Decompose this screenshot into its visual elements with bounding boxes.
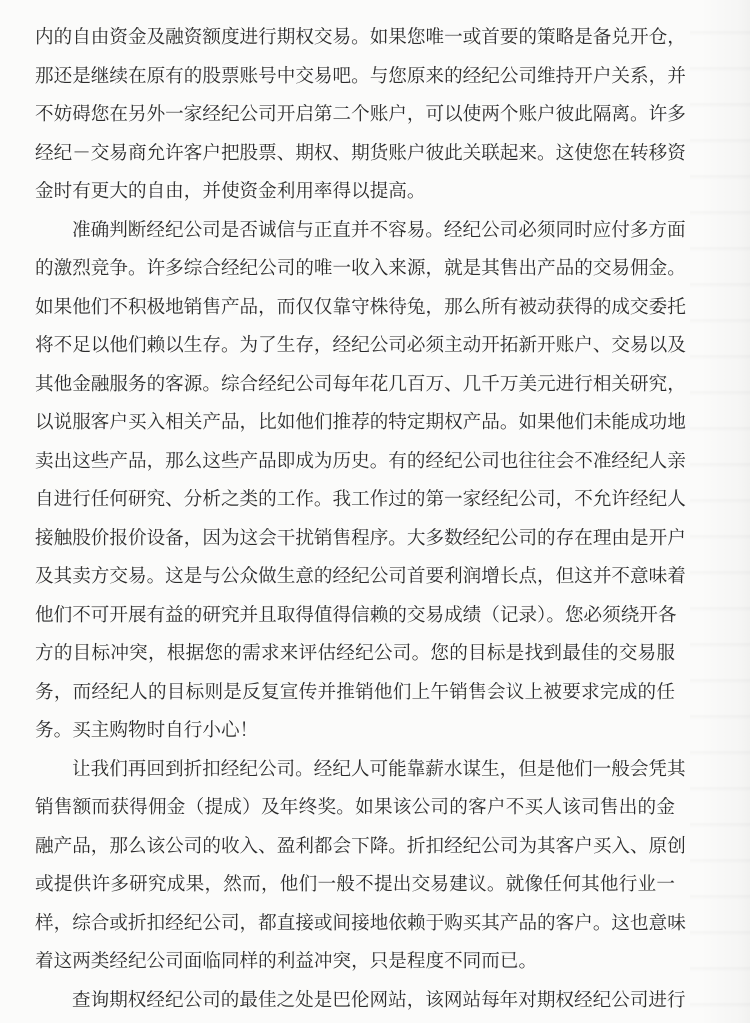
text-line: 销售额而获得佣金（提成）及年终奖。如果该公司的客户不买人该司售出的金: [35, 789, 675, 828]
text-line: 以说服客户买入相关产品，比如他们推荐的特定期权产品。如果他们未能成功地: [35, 404, 675, 443]
text-line: 那还是继续在原有的股票账号中交易吧。与您原来的经纪公司维持开户关系，并: [35, 58, 675, 97]
text-line: 其他金融服务的客源。综合经纪公司每年花几百万、几千万美元进行相关研究，: [35, 366, 675, 405]
text-line: 如果他们不积极地销售产品，而仅仅靠守株待兔，那么所有被动获得的成交委托: [35, 289, 675, 328]
text-line: 的激烈竞争。许多综合经纪公司的唯一收入来源，就是其售出产品的交易佣金。: [35, 250, 675, 289]
text-line: 经纪－交易商允许客户把股票、期权、期货账户彼此关联起来。这使您在转移资: [35, 135, 675, 174]
text-line: 不妨碍您在另外一家经纪公司开启第二个账户，可以使两个账户彼此隔离。许多: [35, 96, 675, 135]
paragraph-1: 内的自由资金及融资额度进行期权交易。如果您唯一或首要的策略是备兑开仓， 那还是继…: [35, 19, 675, 212]
text-line: 务。买主购物时自行小心！: [35, 712, 675, 751]
scanned-book-page: 内的自由资金及融资额度进行期权交易。如果您唯一或首要的策略是备兑开仓， 那还是继…: [0, 0, 750, 1023]
text-line: 准确判断经纪公司是否诚信与正直并不容易。经纪公司必须同时应付多方面: [35, 212, 675, 251]
text-line: 自进行任何研究、分析之类的工作。我工作过的第一家经纪公司，不允许经纪人: [35, 481, 675, 520]
text-line: 方的目标冲突，根据您的需求来评估经纪公司。您的目标是找到最佳的交易服: [35, 635, 675, 674]
text-line: 或提供许多研究成果，然而，他们一般不提出交易建议。就像任何其他行业一: [35, 866, 675, 905]
paragraph-3: 让我们再回到折扣经纪公司。经纪人可能靠薪水谋生，但是他们一般会凭其 销售额而获得…: [35, 751, 675, 982]
text-line: 将不足以他们赖以生存。为了生存，经纪公司必须主动开拓新开账户、交易以及: [35, 327, 675, 366]
text-line: 融产品，那么该公司的收入、盈利都会下降。折扣经纪公司为其客户买入、原创: [35, 828, 675, 867]
paragraph-2: 准确判断经纪公司是否诚信与正直并不容易。经纪公司必须同时应付多方面 的激烈竞争。…: [35, 212, 675, 751]
text-line: 务，而经纪人的目标则是反复宣传并推销他们上午销售会议上被要求完成的任: [35, 674, 675, 713]
text-line: 及其卖方交易。这是与公众做生意的经纪公司首要利润增长点，但这并不意味着: [35, 558, 675, 597]
text-line: 内的自由资金及融资额度进行期权交易。如果您唯一或首要的策略是备兑开仓，: [35, 19, 675, 58]
text-line: 样，综合或折扣经纪公司，都直接或间接地依赖于购买其产品的客户。这也意味: [35, 905, 675, 944]
text-line: 着这两类经纪公司面临同样的利益冲突，只是程度不同而已。: [35, 943, 675, 982]
text-line: 卖出这些产品，那么这些产品即成为历史。有的经纪公司也往往会不准经纪人亲: [35, 443, 675, 482]
text-line: 查询期权经纪公司的最佳之处是巴伦网站，该网站每年对期权经纪公司进行: [35, 982, 675, 1021]
text-line: 接触股价报价设备，因为这会干扰销售程序。大多数经纪公司的存在理由是开户: [35, 520, 675, 559]
text-line: 让我们再回到折扣经纪公司。经纪人可能靠薪水谋生，但是他们一般会凭其: [35, 751, 675, 790]
text-line: 金时有更大的自由，并使资金利用率得以提高。: [35, 173, 675, 212]
body-text: 内的自由资金及融资额度进行期权交易。如果您唯一或首要的策略是备兑开仓， 那还是继…: [35, 19, 675, 1020]
paragraph-4: 查询期权经纪公司的最佳之处是巴伦网站，该网站每年对期权经纪公司进行: [35, 982, 675, 1021]
paper-show-through: [690, 0, 750, 1023]
text-line: 他们不可开展有益的研究并且取得值得信赖的交易成绩（记录）。您必须绕开各: [35, 597, 675, 636]
